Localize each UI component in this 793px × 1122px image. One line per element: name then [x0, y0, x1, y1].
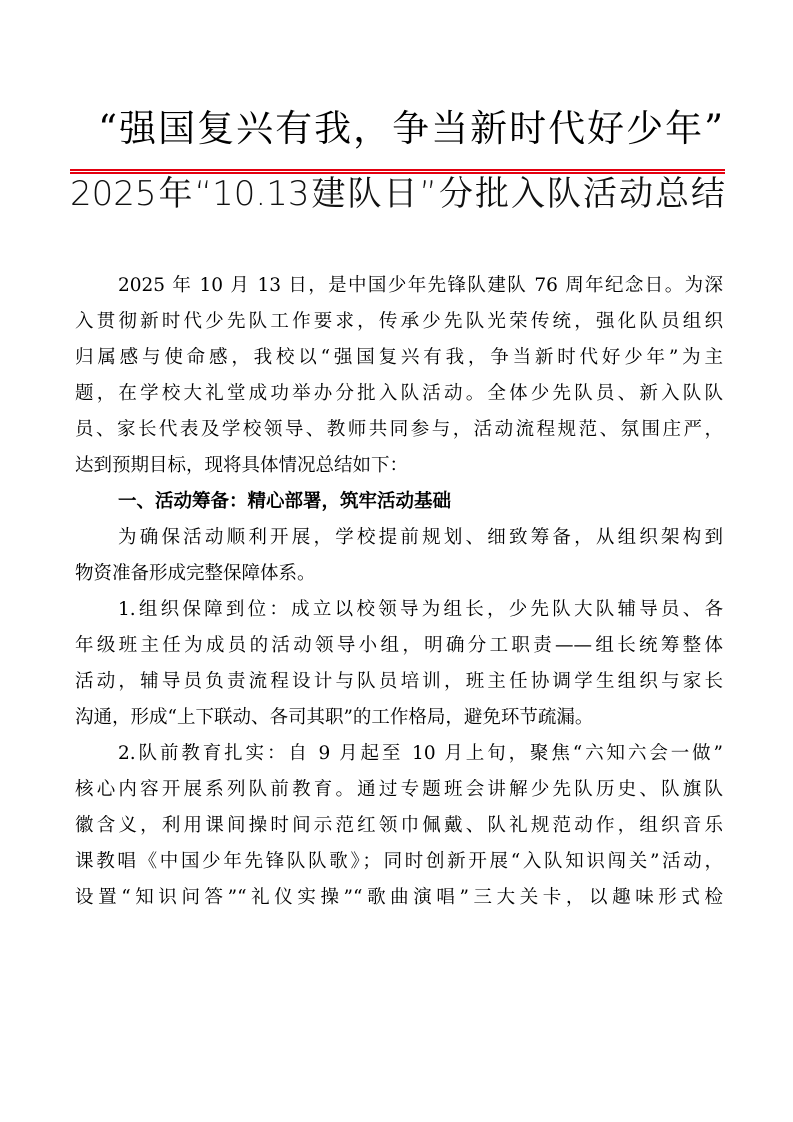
text-line: 核心内容开展系列队前教育。通过专题班会讲解少先队历史、队旗队 — [75, 772, 723, 808]
text-line: 达到预期目标，现将具体情况总结如下： — [75, 448, 723, 484]
paragraph-organization: 1.组织保障到位：成立以校领导为组长，少先队大队辅导员、各 年级班主任为成员的活… — [75, 592, 723, 736]
document-body: 2025 年 10 月 13 日，是中国少年先锋队建队 76 周年纪念日。为深 … — [75, 268, 723, 916]
text-line: 入贯彻新时代少先队工作要求，传承少先队光荣传统，强化队员组织 — [75, 304, 723, 340]
paragraph-preparation: 为确保活动顺利开展，学校提前规划、细致筹备，从组织架构到 物资准备形成完整保障体… — [75, 520, 723, 592]
red-rule-top — [70, 169, 725, 171]
document-title-line-1: “强国复兴有我，争当新时代好少年” — [70, 104, 725, 154]
text-line: 沟通，形成“上下联动、各司其职”的工作格局，避免环节疏漏。 — [75, 700, 723, 736]
text-line: 活动，辅导员负责流程设计与队员培训，班主任协调学生组织与家长 — [75, 664, 723, 700]
text-line: 课教唱《中国少年先锋队队歌》；同时创新开展“入队知识闯关”活动， — [75, 844, 723, 880]
text-line: 2025 年 10 月 13 日，是中国少年先锋队建队 76 周年纪念日。为深 — [75, 268, 723, 304]
text-line: 2.队前教育扎实：自 9 月起至 10 月上旬，聚焦“六知六会一做” — [75, 736, 723, 772]
text-line: 徽含义，利用课间操时间示范红领巾佩戴、队礼规范动作，组织音乐 — [75, 808, 723, 844]
document-page: “强国复兴有我，争当新时代好少年” 2025年“10.13建队日”分批入队活动总… — [0, 0, 793, 1122]
text-line: 物资准备形成完整保障体系。 — [75, 556, 723, 592]
section-heading-1: 一、活动筹备：精心部署，筑牢活动基础 — [75, 484, 723, 520]
paragraph-intro: 2025 年 10 月 13 日，是中国少年先锋队建队 76 周年纪念日。为深 … — [75, 268, 723, 484]
text-line: 为确保活动顺利开展，学校提前规划、细致筹备，从组织架构到 — [75, 520, 723, 556]
text-line: 设置“知识问答”“礼仪实操”“歌曲演唱”三大关卡，以趣味形式检 — [75, 880, 723, 916]
document-title-line-2: 2025年“10.13建队日”分批入队活动总结 — [70, 172, 725, 216]
paragraph-pre-education: 2.队前教育扎实：自 9 月起至 10 月上旬，聚焦“六知六会一做” 核心内容开… — [75, 736, 723, 916]
text-line: 年级班主任为成员的活动领导小组，明确分工职责——组长统筹整体 — [75, 628, 723, 664]
text-line: 员、家长代表及学校领导、教师共同参与，活动流程规范、氛围庄严， — [75, 412, 723, 448]
text-line: 归属感与使命感，我校以“强国复兴有我，争当新时代好少年”为主 — [75, 340, 723, 376]
text-line: 1.组织保障到位：成立以校领导为组长，少先队大队辅导员、各 — [75, 592, 723, 628]
text-line: 题，在学校大礼堂成功举办分批入队活动。全体少先队员、新入队队 — [75, 376, 723, 412]
section-heading: 一、活动筹备：精心部署，筑牢活动基础 — [75, 484, 723, 520]
